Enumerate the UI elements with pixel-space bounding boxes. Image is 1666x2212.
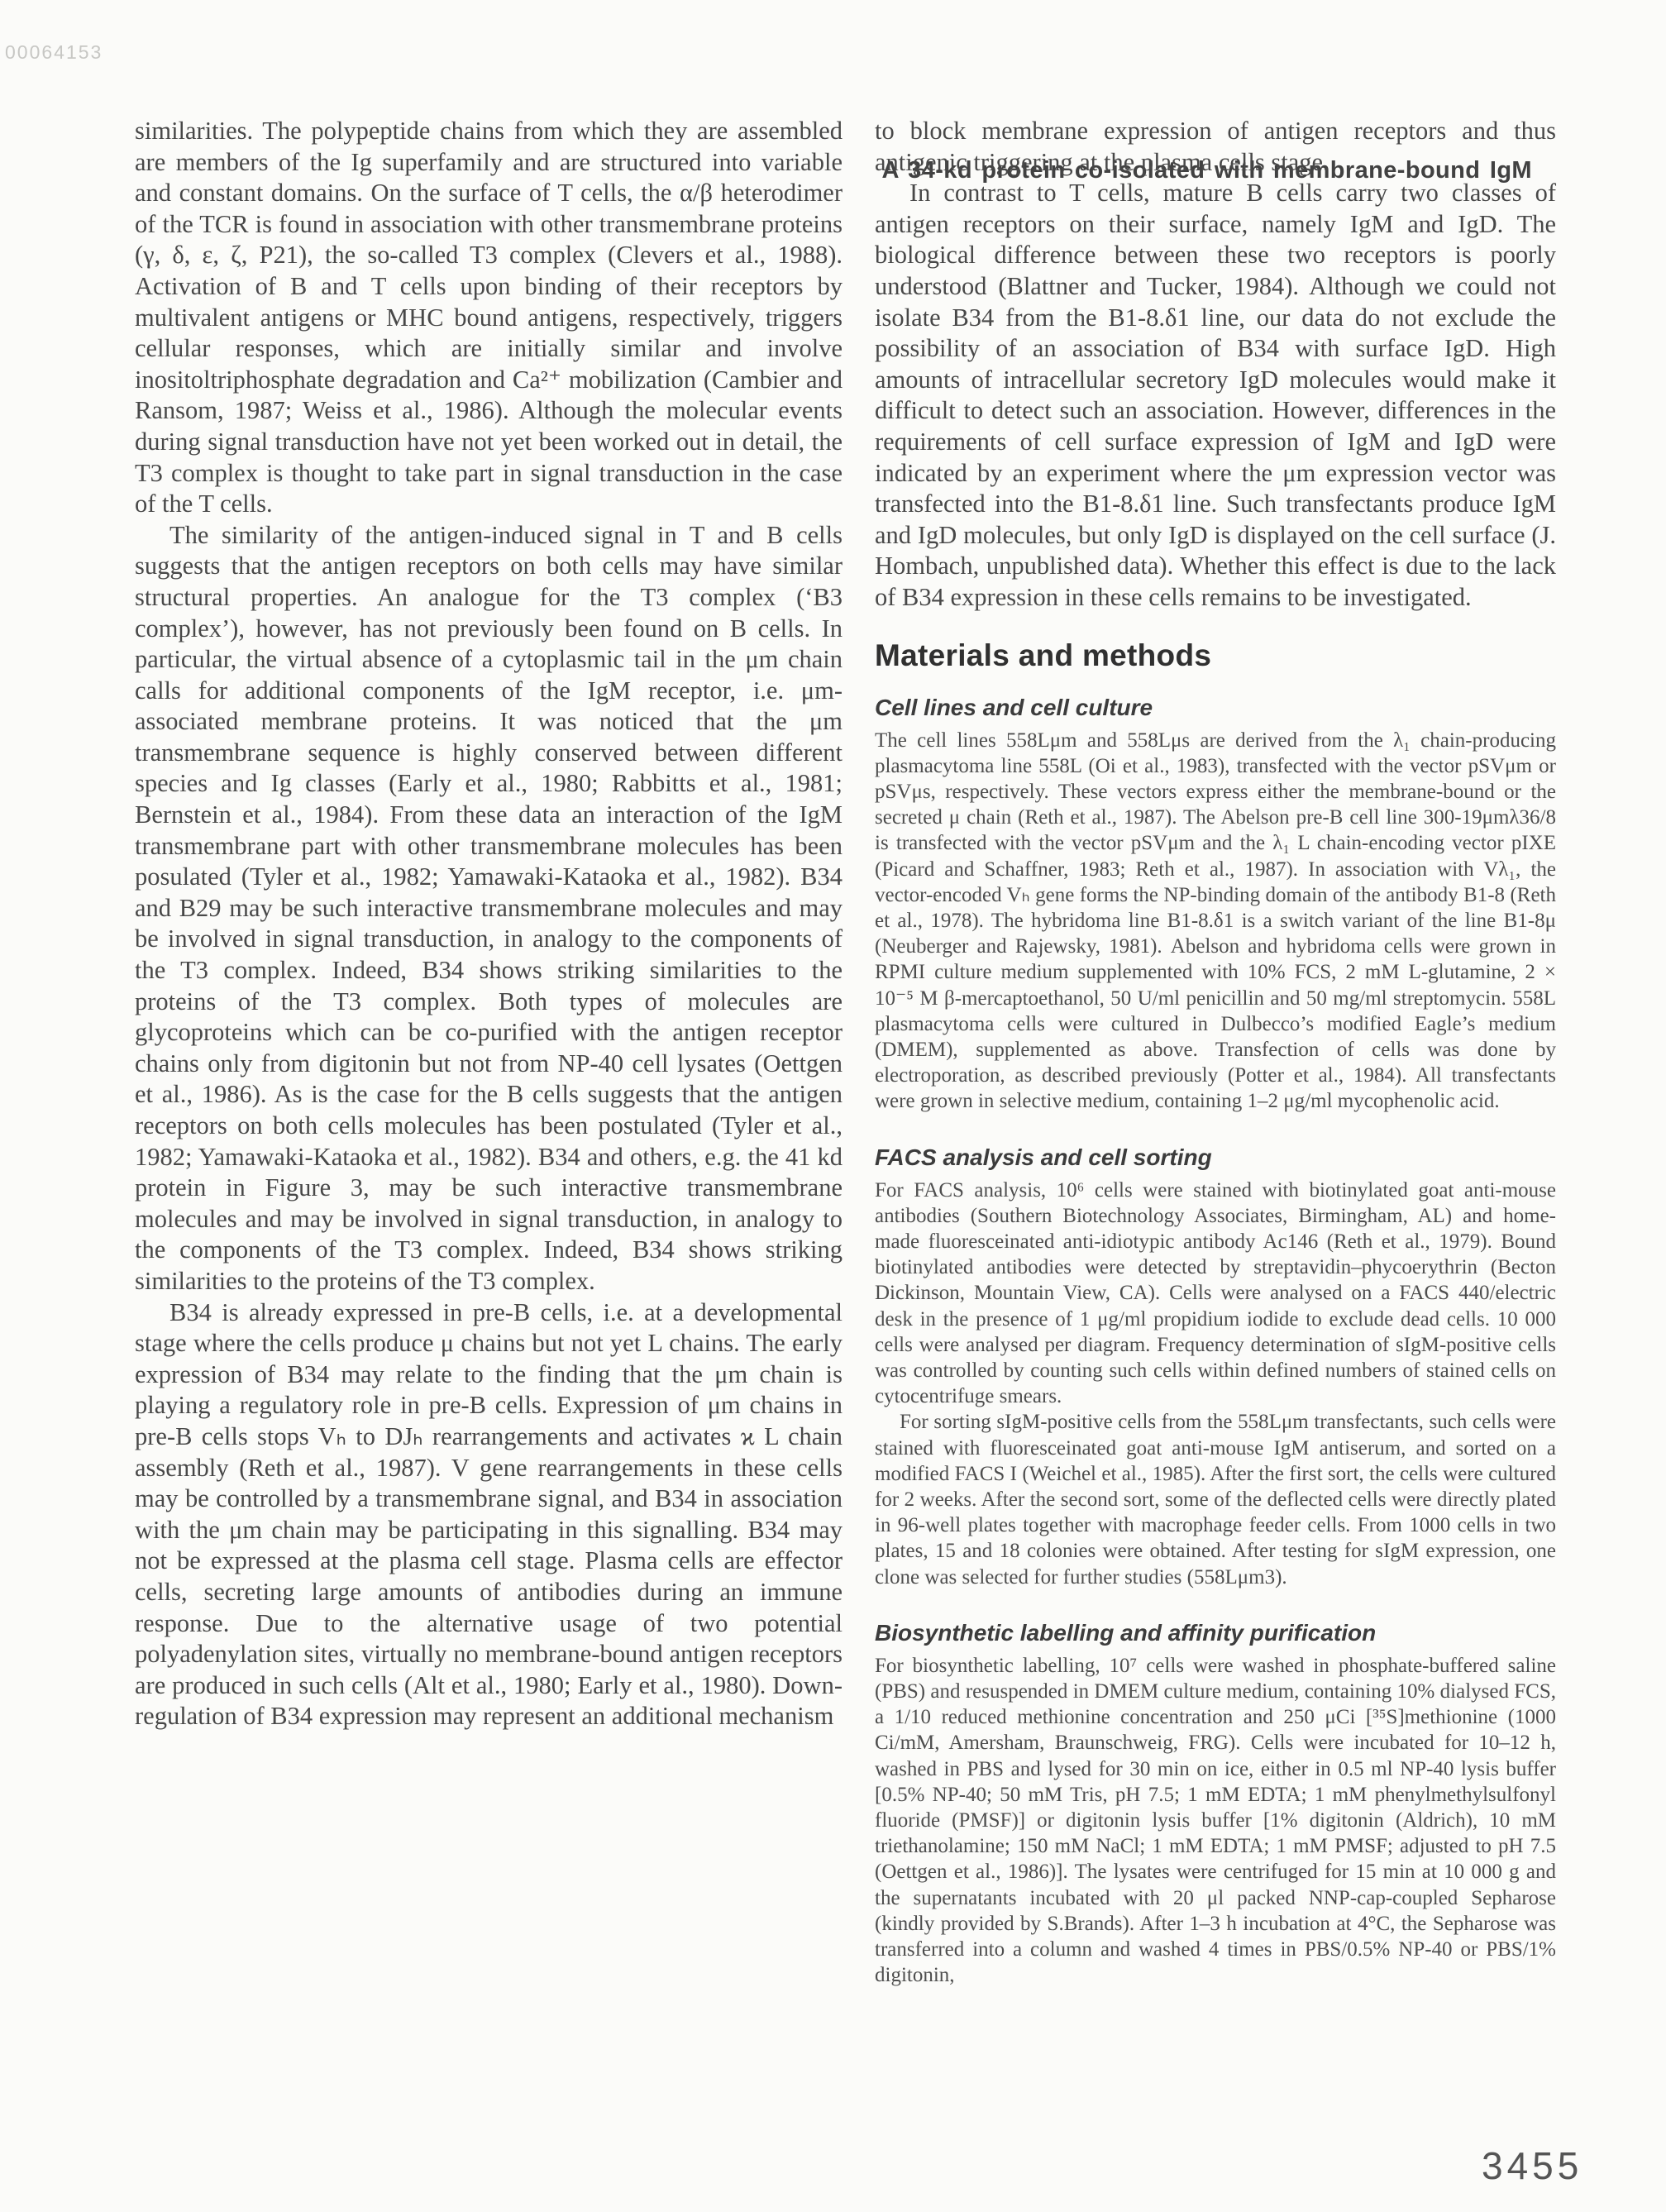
page-number: 3455 [1482,2143,1582,2188]
methods-paragraph: For sorting sIgM-positive cells from the… [875,1409,1556,1589]
body-paragraph: In contrast to T cells, mature B cells c… [875,178,1556,613]
methods-paragraph: For FACS analysis, 10⁶ cells were staine… [875,1178,1556,1410]
right-column: to block membrane expression of antigen … [875,116,1556,1988]
body-paragraph: The similarity of the antigen-induced si… [135,520,843,1297]
body-paragraph-continuation: to block membrane expression of antigen … [875,116,1556,178]
methods-paragraph: The cell lines 558Lμm and 558Lμs are der… [875,728,1556,1115]
body-paragraph: B34 is already expressed in pre-B cells,… [135,1297,843,1732]
materials-and-methods-heading: Materials and methods [875,638,1556,673]
body-paragraph-continuation: similarities. The polypeptide chains fro… [135,116,843,520]
section-title-cell-lines: Cell lines and cell culture [875,695,1556,721]
scan-number: 00064153 [5,41,103,64]
section-title-biosynthetic: Biosynthetic labelling and affinity puri… [875,1620,1556,1646]
left-column: similarities. The polypeptide chains fro… [135,116,843,1732]
section-title-facs: FACS analysis and cell sorting [875,1144,1556,1171]
methods-paragraph: For biosynthetic labelling, 10⁷ cells we… [875,1653,1556,1989]
journal-page: 00064153 A 34-kd protein co-isolated wit… [0,0,1666,2212]
